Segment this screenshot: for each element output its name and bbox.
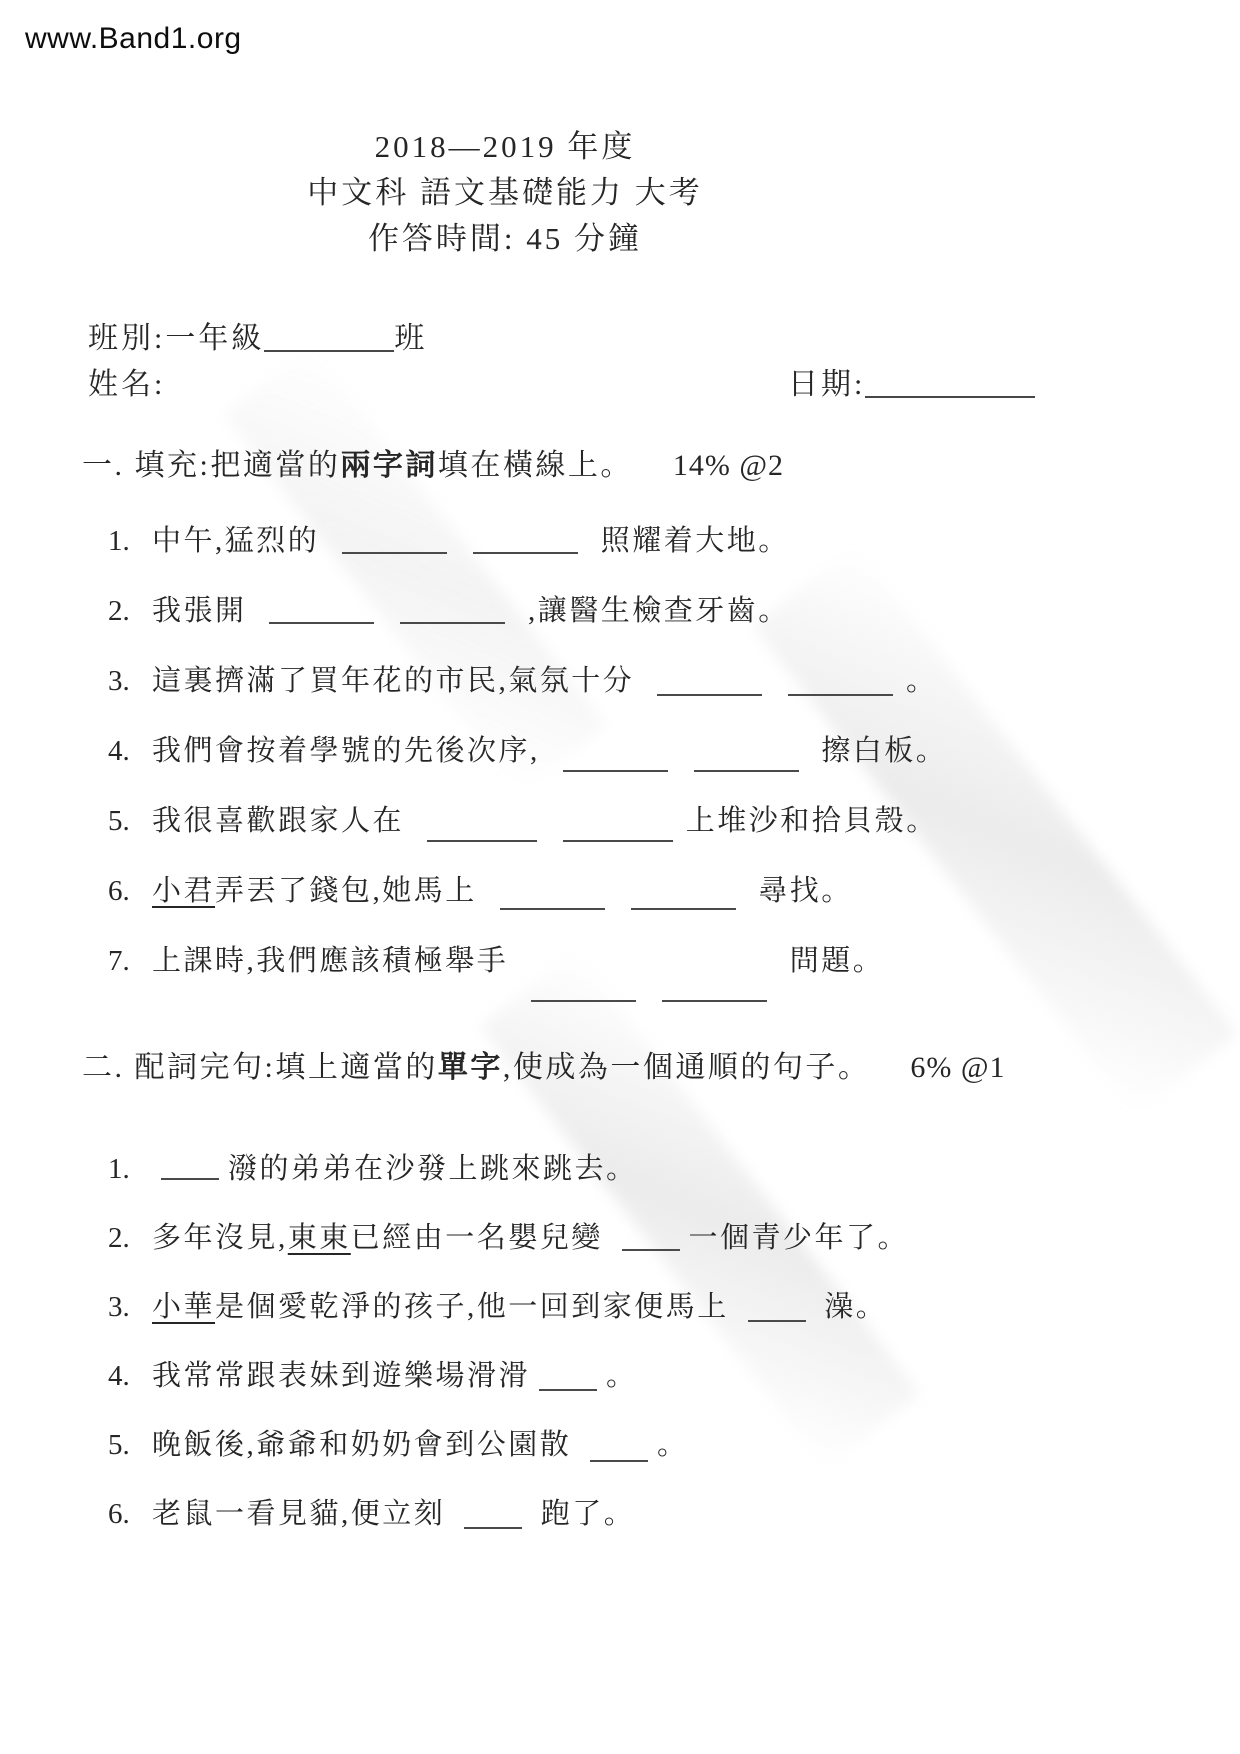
question-text: 上堆沙和拾貝殼。 <box>686 805 938 837</box>
question-body: 我張開 ,讓醫生檢查牙齒。 <box>152 595 790 627</box>
question-row: 4.我常常跟表妹到遊樂場滑滑。 <box>82 1351 1202 1391</box>
question-text: 是個愛乾淨的孩子,他一回到家便馬上 <box>215 1291 739 1323</box>
class-label: 班別:一年級 <box>88 322 264 355</box>
exam-year: 2018—2019 年度 <box>0 124 1010 170</box>
answer-blank[interactable] <box>563 808 673 842</box>
question-row: 4.我們會按着學號的先後次序, 擦白板。 <box>82 726 1202 766</box>
question-number: 5. <box>108 801 152 841</box>
question-body: 這裏擠滿了買年花的市民,氣氛十分 。 <box>152 665 938 697</box>
site-url: www.Band1.org <box>25 22 242 56</box>
name-label: 姓名: <box>88 368 165 401</box>
answer-blank[interactable] <box>662 968 767 1002</box>
question-text: 中午,猛烈的 <box>152 525 329 557</box>
question-body: 我們會按着學號的先後次序, 擦白板。 <box>152 735 947 767</box>
question-number: 6. <box>108 1494 152 1534</box>
date-label: 日期: <box>788 368 865 401</box>
question-text: 。 <box>906 665 938 697</box>
question-number: 3. <box>108 661 152 701</box>
question-text: 小華 <box>152 1291 215 1323</box>
question-text: ,使成為一個通順的句子。 <box>503 1051 871 1084</box>
class-suffix: 班 <box>394 322 427 355</box>
question-number: 3. <box>108 1287 152 1327</box>
question-number: 7. <box>108 941 152 981</box>
question-text: 這裏擠滿了買年花的市民,氣氛十分 <box>152 665 644 697</box>
answer-blank[interactable] <box>590 1428 648 1462</box>
student-info: 班別:一年級班 姓名: 日期: <box>88 316 1158 408</box>
section-score: 6% @1 <box>910 1051 1005 1084</box>
answer-blank[interactable] <box>161 1146 219 1180</box>
section-1: 一. 填充:把適當的兩字詞填在橫線上。 14% @2 1.中午,猛烈的 照耀着大… <box>82 440 1202 976</box>
question-text: 小君 <box>152 875 215 907</box>
question-text: 一個青少年了。 <box>689 1222 910 1254</box>
answer-blank[interactable] <box>748 1288 806 1322</box>
question-text: 潑的弟弟在沙發上跳來跳去。 <box>228 1153 638 1185</box>
question-number: 1. <box>108 521 152 561</box>
question-text: 跑了。 <box>531 1498 635 1530</box>
section-number: 二. <box>82 1051 125 1084</box>
question-body: 我很喜歡跟家人在 上堆沙和拾貝殼。 <box>152 805 938 837</box>
question-row: 7.上課時,我們應該積極舉手 問題。 <box>82 936 1202 976</box>
answer-blank[interactable] <box>269 590 374 624</box>
question-text: 填在橫線上。 <box>438 449 633 482</box>
class-blank[interactable] <box>264 320 394 352</box>
question-text: 。 <box>657 1429 689 1461</box>
question-text: ,讓醫生檢查牙齒。 <box>518 595 790 627</box>
question-body: 潑的弟弟在沙發上跳來跳去。 <box>152 1153 638 1185</box>
section-instruction: 填充:把適當的兩字詞填在橫線上。 <box>135 449 633 482</box>
question-number: 1. <box>108 1149 152 1189</box>
answer-blank[interactable] <box>788 662 893 696</box>
question-text: 問題。 <box>780 945 884 977</box>
section-2: 二. 配詞完句:填上適當的單字,使成為一個通順的句子。 6% @1 1.潑的弟弟… <box>82 1042 1202 1529</box>
question-text: 東東 <box>288 1222 351 1254</box>
question-text: 我們會按着學號的先後次序, <box>152 735 550 767</box>
answer-blank[interactable] <box>622 1217 680 1251</box>
question-number: 2. <box>108 1218 152 1258</box>
question-text: 擦白板。 <box>812 735 948 767</box>
question-body: 上課時,我們應該積極舉手 問題。 <box>152 945 884 977</box>
question-row: 1.潑的弟弟在沙發上跳來跳去。 <box>82 1144 1202 1184</box>
question-number: 4. <box>108 731 152 771</box>
question-body: 小華是個愛乾淨的孩子,他一回到家便馬上 澡。 <box>152 1291 887 1323</box>
question-row: 3.這裏擠滿了買年花的市民,氣氛十分 。 <box>82 656 1202 696</box>
question-number: 2. <box>108 591 152 631</box>
answer-blank[interactable] <box>427 808 537 842</box>
exam-title-block: 2018—2019 年度 中文科 語文基礎能力 大考 作答時間: 45 分鐘 <box>0 124 1010 262</box>
question-text: 我常常跟表妹到遊樂場滑滑 <box>152 1360 530 1392</box>
question-text: 。 <box>606 1360 638 1392</box>
question-row: 5.我很喜歡跟家人在 上堆沙和拾貝殼。 <box>82 796 1202 836</box>
class-row: 班別:一年級班 <box>88 316 1158 362</box>
question-row: 2.我張開 ,讓醫生檢查牙齒。 <box>82 586 1202 626</box>
section-1-questions: 1.中午,猛烈的 照耀着大地。2.我張開 ,讓醫生檢查牙齒。3.這裏擠滿了買年花… <box>82 516 1202 976</box>
question-text: 多年沒見, <box>152 1222 288 1254</box>
answer-blank[interactable] <box>631 876 736 910</box>
question-body: 多年沒見,東東已經由一名嬰兒變 一個青少年了。 <box>152 1222 909 1254</box>
date-part: 日期: <box>788 362 1035 408</box>
answer-blank[interactable] <box>400 590 505 624</box>
question-text: 晚飯後,爺爺和奶奶會到公園散 <box>152 1429 581 1461</box>
question-row: 6.小君弄丟了錢包,她馬上 尋找。 <box>82 866 1202 906</box>
section-2-heading: 二. 配詞完句:填上適當的單字,使成為一個通順的句子。 6% @1 <box>82 1042 1202 1086</box>
question-row: 6.老鼠一看見貓,便立刻 跑了。 <box>82 1489 1202 1529</box>
answer-blank[interactable] <box>464 1495 522 1529</box>
question-number: 4. <box>108 1356 152 1396</box>
question-body: 中午,猛烈的 照耀着大地。 <box>152 525 790 557</box>
question-row: 1.中午,猛烈的 照耀着大地。 <box>82 516 1202 556</box>
question-text: 澡。 <box>815 1291 888 1323</box>
question-text: 照耀着大地。 <box>591 525 790 557</box>
section-number: 一. <box>82 449 125 482</box>
question-text: 尋找。 <box>749 875 853 907</box>
answer-blank[interactable] <box>657 662 762 696</box>
question-text: 我很喜歡跟家人在 <box>152 805 414 837</box>
answer-blank[interactable] <box>500 876 605 910</box>
question-number: 6. <box>108 871 152 911</box>
answer-blank[interactable] <box>694 738 799 772</box>
question-text: 兩字詞 <box>340 449 438 482</box>
question-number: 5. <box>108 1425 152 1465</box>
question-text: 已經由一名嬰兒變 <box>351 1222 613 1254</box>
date-blank[interactable] <box>865 366 1035 398</box>
question-text: 配詞完句:填上適當的 <box>135 1051 438 1084</box>
exam-page: www.Band1.org 2018—2019 年度 中文科 語文基礎能力 大考… <box>0 0 1240 1754</box>
section-2-questions: 1.潑的弟弟在沙發上跳來跳去。2.多年沒見,東東已經由一名嬰兒變 一個青少年了。… <box>82 1144 1202 1529</box>
question-body: 晚飯後,爺爺和奶奶會到公園散 。 <box>152 1429 689 1461</box>
question-text: 弄丟了錢包,她馬上 <box>215 875 487 907</box>
answer-blank[interactable] <box>342 520 447 554</box>
question-text: 上課時,我們應該積極舉手 <box>152 945 518 977</box>
section-instruction: 配詞完句:填上適當的單字,使成為一個通順的句子。 <box>135 1051 871 1084</box>
question-body: 小君弄丟了錢包,她馬上 尋找。 <box>152 875 853 907</box>
name-date-row: 姓名: 日期: <box>88 362 1158 408</box>
question-row: 2.多年沒見,東東已經由一名嬰兒變 一個青少年了。 <box>82 1213 1202 1253</box>
section-1-heading: 一. 填充:把適當的兩字詞填在橫線上。 14% @2 <box>82 440 1202 484</box>
exam-duration: 作答時間: 45 分鐘 <box>0 216 1010 262</box>
answer-blank[interactable] <box>473 520 578 554</box>
question-row: 3.小華是個愛乾淨的孩子,他一回到家便馬上 澡。 <box>82 1282 1202 1322</box>
answer-blank[interactable] <box>563 738 668 772</box>
exam-subject: 中文科 語文基礎能力 大考 <box>0 170 1010 216</box>
answer-blank[interactable] <box>531 968 636 1002</box>
question-text: 我張開 <box>152 595 256 627</box>
section-score: 14% @2 <box>673 449 784 482</box>
question-body: 老鼠一看見貓,便立刻 跑了。 <box>152 1498 635 1530</box>
question-text: 填充:把適當的 <box>135 449 341 482</box>
question-text: 單字 <box>438 1051 503 1084</box>
answer-blank[interactable] <box>539 1357 597 1391</box>
question-row: 5.晚飯後,爺爺和奶奶會到公園散 。 <box>82 1420 1202 1460</box>
question-text: 老鼠一看見貓,便立刻 <box>152 1498 455 1530</box>
question-body: 我常常跟表妹到遊樂場滑滑。 <box>152 1360 638 1392</box>
